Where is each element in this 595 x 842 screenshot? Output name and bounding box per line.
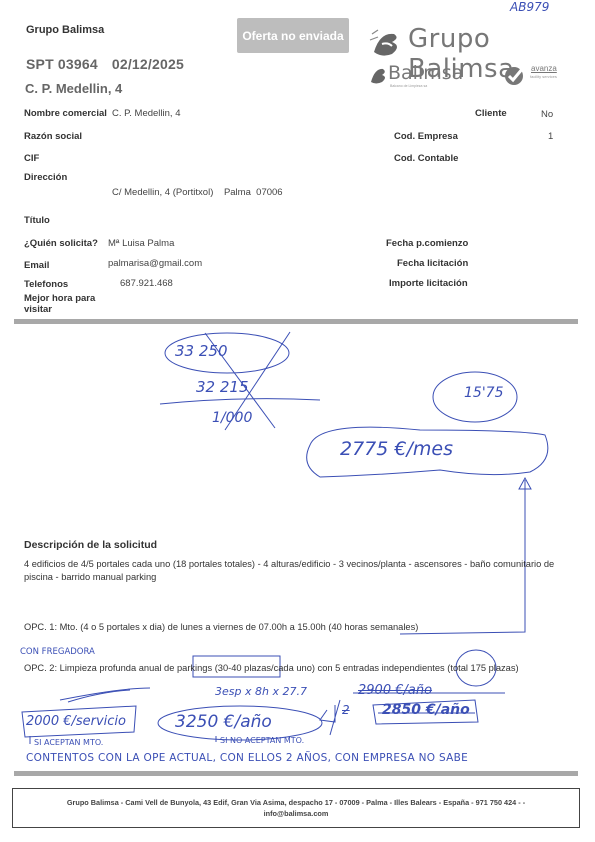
hw-opc2-alt-price: 2850 €/año — [382, 702, 470, 718]
hw-calc-2: 32 215 — [196, 378, 249, 396]
hw-hour-rate: 15'75 — [464, 385, 503, 401]
hw-per-year: 3250 €/año — [175, 712, 272, 732]
hw-opc2-alt-prefix: 2 — [342, 703, 350, 717]
hw-per-service: 2000 €/servicio — [26, 714, 126, 729]
description-text: 4 edificios de 4/5 portales cada uno (18… — [24, 558, 574, 584]
hw-opc2-calc: 3esp x 8h x 27.7 — [215, 685, 307, 698]
footer-email: info@balimsa.com — [13, 808, 579, 819]
option-1-text: OPC. 1: Mto. (4 o 5 portales x dia) de l… — [24, 622, 418, 632]
footer-divider — [14, 771, 578, 776]
hw-note-not-accept: SI NO ACEPTAN MTO. — [220, 736, 304, 745]
hw-opc2-crossed-price: 2900 €/año — [358, 683, 432, 698]
hw-calc-1: 33 250 — [175, 342, 228, 360]
footer-address: Grupo Balimsa - Cami Vell de Bunyola, 43… — [13, 797, 579, 808]
description-title: Descripción de la solicitud — [24, 539, 157, 551]
hw-note-accept: SI ACEPTAN MTO. — [34, 738, 103, 747]
option-2-text: OPC. 2: Limpieza profunda anual de parki… — [24, 662, 544, 675]
hw-monthly: 2775 €/mes — [340, 438, 453, 460]
hw-opc2-prefix: CON FREGADORA — [20, 647, 95, 657]
footer: Grupo Balimsa - Cami Vell de Bunyola, 43… — [12, 788, 580, 828]
hw-calc-3: 1/000 — [212, 410, 252, 426]
hw-bottom-note: CONTENTOS CON LA OPE ACTUAL, CON ELLOS 2… — [26, 752, 468, 764]
